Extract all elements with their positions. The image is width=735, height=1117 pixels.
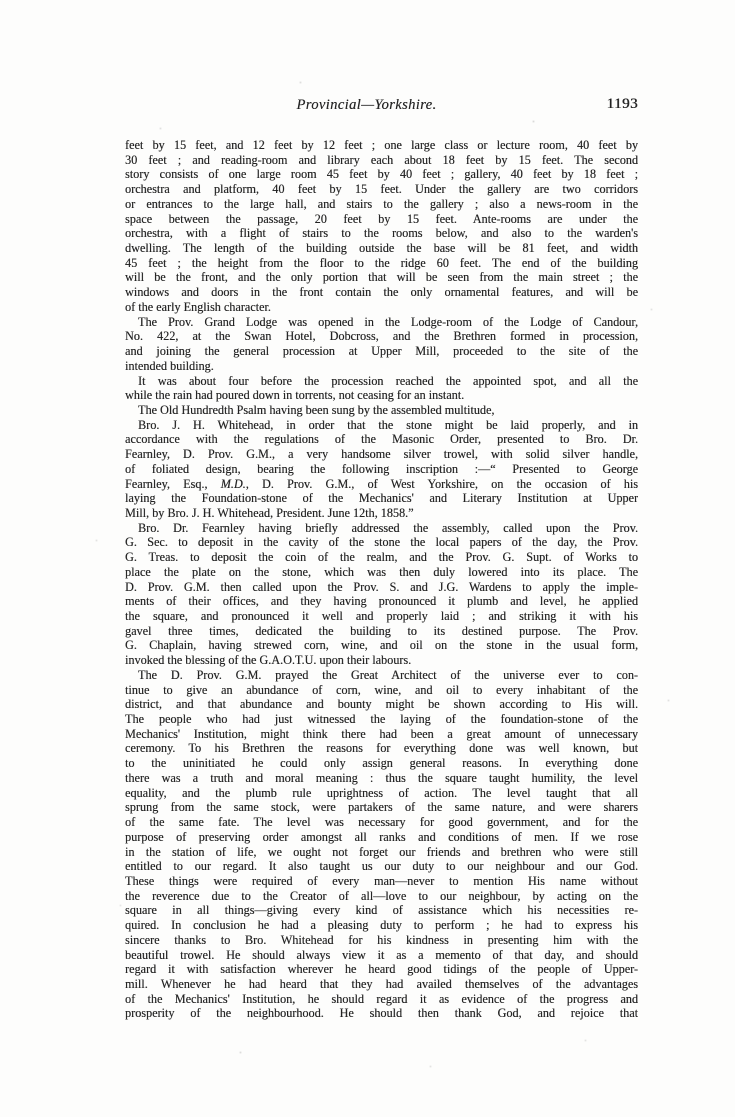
text-line: 45 feet ; the height from the floor to t… [125,256,638,271]
text-line: The Old Hundredth Psalm having been sung… [125,403,638,418]
text-line: mill. Whenever he had heard that they ha… [125,977,638,992]
text-line: These things were required of every man—… [125,874,638,889]
text-line: D. Prov. G.M. then called upon the Prov.… [125,580,638,595]
text-line: Mechanics' Institution, might think ther… [125,727,638,742]
text-line: orchestra and platform, 40 feet by 15 fe… [125,182,638,197]
text-line: prosperity of the neighbourhood. He shou… [125,1006,638,1021]
text-line: The people who had just witnessed the la… [125,712,638,727]
text-line: Fearnley, Esq., M.D., D. Prov. G.M., of … [125,477,638,492]
text-line: orchestra, with a flight of stairs to th… [125,226,638,241]
text-line: space between the passage, 20 feet by 15… [125,212,638,227]
paragraph: The Prov. Grand Lodge was opened in the … [125,315,638,374]
text-line: square in all things—giving every kind o… [125,903,638,918]
text-line: dwelling. The length of the building out… [125,241,638,256]
text-line: G. Chaplain, having strewed corn, wine, … [125,638,638,653]
text-line: of foliated design, bearing the followin… [125,462,638,477]
text-line: to the uninitiated he could only assign … [125,756,638,771]
text-line: and joining the general procession at Up… [125,344,638,359]
text-line: ments of their offices, and they having … [125,594,638,609]
running-header-title: Provincial—Yorkshire. [125,97,608,114]
body-text: feet by 15 feet, and 12 feet by 12 feet … [125,138,638,1021]
text-line: The D. Prov. G.M. prayed the Great Archi… [125,668,638,683]
text-line: tinue to give an abundance of corn, wine… [125,683,638,698]
text-line: Bro. Dr. Fearnley having briefly address… [125,521,638,536]
text-line: sprung from the same stock, were partake… [125,800,638,815]
text-line: district, and that abundance and bounty … [125,697,638,712]
text-line: quired. In conclusion he had a pleasing … [125,918,638,933]
text-line: Mill, by Bro. J. H. Whitehead, President… [125,506,638,521]
document-page: Provincial—Yorkshire. 1193 feet by 15 fe… [0,0,735,1117]
text-line: of the Mechanics' Institution, he should… [125,992,638,1007]
text-line: accordance with the regulations of the M… [125,432,638,447]
text-line: Fearnley, D. Prov. G.M., a very handsome… [125,447,638,462]
text-line: feet by 15 feet, and 12 feet by 12 feet … [125,138,638,153]
text-line: laying the Foundation-stone of the Mecha… [125,491,638,506]
text-line: G. Treas. to deposit the coin of the rea… [125,550,638,565]
text-line: the reverence due to the Creator of all—… [125,889,638,904]
paragraph: The Old Hundredth Psalm having been sung… [125,403,638,418]
paragraph: Bro. Dr. Fearnley having briefly address… [125,521,638,668]
text-line: of the early English character. [125,300,638,315]
text-line: Bro. J. H. Whitehead, in order that the … [125,418,638,433]
text-line: 30 feet ; and reading-room and library e… [125,153,638,168]
text-line: story consists of one large room 45 feet… [125,167,638,182]
text-line: intended building. [125,359,638,374]
text-line: invoked the blessing of the G.A.O.T.U. u… [125,653,638,668]
text-line: place the plate on the stone, which was … [125,565,638,580]
text-line: equality, and the plumb rule uprightness… [125,786,638,801]
paragraph: feet by 15 feet, and 12 feet by 12 feet … [125,138,638,315]
text-line: The Prov. Grand Lodge was opened in the … [125,315,638,330]
text-line: gavel three times, dedicated the buildin… [125,624,638,639]
text-line: while the rain had poured down in torren… [125,388,638,403]
scan-noise [0,0,1,1]
paragraph: Bro. J. H. Whitehead, in order that the … [125,418,638,521]
text-line: G. Sec. to deposit in the cavity of the … [125,535,638,550]
text-line: there was a truth and moral meaning : th… [125,771,638,786]
running-header: Provincial—Yorkshire. 1193 [125,97,638,117]
page-number: 1193 [607,96,638,113]
text-line: of the same fate. The level was necessar… [125,815,638,830]
text-line: ceremony. To his Brethren the reasons fo… [125,741,638,756]
text-line: in the station of life, we ought not for… [125,845,638,860]
text-line: entitled to our regard. It also taught u… [125,859,638,874]
text-line: regard it with satisfaction wherever he … [125,962,638,977]
text-line: sincere thanks to Bro. Whitehead for his… [125,933,638,948]
paragraph: It was about four before the procession … [125,374,638,403]
text-line: or entrances to the large hall, and stai… [125,197,638,212]
text-line: beautiful trowel. He should always view … [125,948,638,963]
text-line: windows and doors in the front contain t… [125,285,638,300]
text-line: purpose of preserving order amongst all … [125,830,638,845]
text-line: No. 422, at the Swan Hotel, Dobcross, an… [125,329,638,344]
text-line: It was about four before the procession … [125,374,638,389]
text-line: the square, and pronounced it well and p… [125,609,638,624]
paragraph: The D. Prov. G.M. prayed the Great Archi… [125,668,638,1021]
text-line: will be the front, and the only portion … [125,270,638,285]
